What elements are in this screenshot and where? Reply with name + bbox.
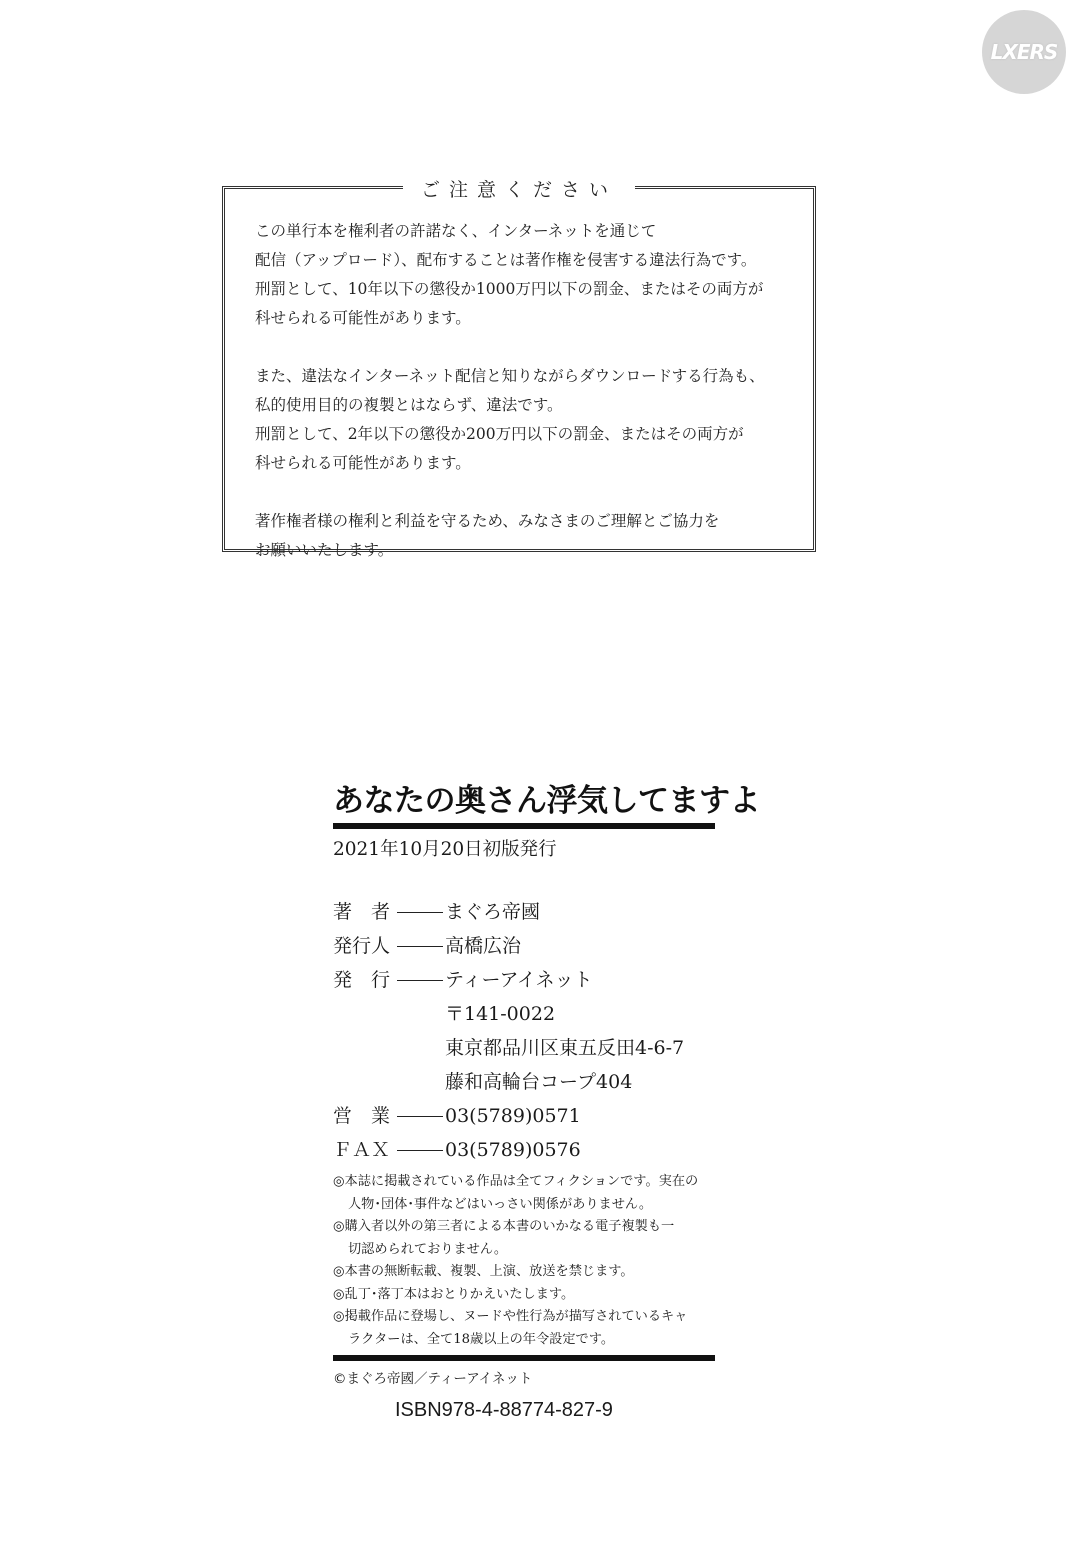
edition-date: 2021年10月20日初版発行 xyxy=(333,835,715,861)
credit-value: ティーアイネット xyxy=(445,963,593,997)
legal-note: ◎本誌に掲載されている作品は全てフィクションです。実在の xyxy=(333,1171,715,1194)
dash-divider xyxy=(395,895,445,929)
address-building: 藤和高輪台コープ404 xyxy=(445,1065,632,1099)
dash-divider xyxy=(395,929,445,963)
credit-value: 高橋広治 xyxy=(445,929,521,963)
legal-note-cont: 切認められておりません。 xyxy=(333,1239,715,1262)
legal-note: ◎乱丁･落丁本はおとりかえいたします。 xyxy=(333,1284,715,1307)
credit-label: 発 行 xyxy=(333,963,395,997)
notice-title-wrap: ご注意ください xyxy=(225,175,813,202)
indent xyxy=(333,1031,445,1065)
address-line-1: 東京都品川区東五反田4-6-7 xyxy=(333,1031,715,1065)
credit-label: 発行人 xyxy=(333,929,395,963)
legal-note-cont: 人物･団体･事件などはいっさい関係がありません。 xyxy=(333,1194,715,1217)
credit-label: 営 業 xyxy=(333,1099,395,1133)
notice-line: 配信（アップロード）、配布することは著作権を侵害する違法行為です。 xyxy=(255,246,803,275)
legal-note: ◎本書の無断転載、複製、上演、放送を禁じます。 xyxy=(333,1261,715,1284)
credits-list: 著 者まぐろ帝國 発行人高橋広治 発 行ティーアイネット 〒141-0022 東… xyxy=(333,895,715,1167)
dash-divider xyxy=(395,1133,445,1167)
credit-label: ＦＡＸ xyxy=(333,1133,395,1167)
notice-line: お願いいたします。 xyxy=(255,536,803,565)
divider xyxy=(333,823,715,829)
notice-line: 刑罰として、10年以下の懲役か1000万円以下の罰金、またはその両方が xyxy=(255,275,803,304)
dash-divider xyxy=(395,1099,445,1133)
postal-code: 〒141-0022 xyxy=(445,997,555,1031)
indent xyxy=(333,1065,445,1099)
credit-label: 著 者 xyxy=(333,895,395,929)
dash-divider xyxy=(395,963,445,997)
credit-row-fax: ＦＡＸ03(5789)0576 xyxy=(333,1133,715,1167)
notice-line: 科せられる可能性があります。 xyxy=(255,449,803,478)
divider xyxy=(333,1355,715,1361)
notice-body: この単行本を権利者の許諾なく、インターネットを通じて 配信（アップロード）、配布… xyxy=(255,217,803,594)
legal-note: ◎掲載作品に登場し、ヌードや性行為が描写されているキャ xyxy=(333,1306,715,1329)
legal-note-cont: ラクターは、全て18歳以上の年令設定です。 xyxy=(333,1329,715,1352)
watermark-text: LXERS xyxy=(991,40,1058,64)
notice-line: また、違法なインターネット配信と知りながらダウンロードする行為も、 xyxy=(255,362,803,391)
notice-line: 刑罰として、2年以下の懲役か200万円以下の罰金、またはその両方が xyxy=(255,420,803,449)
notice-paragraph: 著作権者様の権利と利益を守るため、みなさまのご理解とご協力を お願いいたします。 xyxy=(255,507,803,565)
isbn: ISBN978-4-88774-827-9 xyxy=(333,1399,715,1422)
credit-row-publisher-person: 発行人高橋広治 xyxy=(333,929,715,963)
notice-paragraph: この単行本を権利者の許諾なく、インターネットを通じて 配信（アップロード）、配布… xyxy=(255,217,803,333)
watermark-logo-icon: LXERS xyxy=(982,10,1066,94)
notice-title: ご注意ください xyxy=(403,179,635,201)
credit-row-publisher: 発 行ティーアイネット xyxy=(333,963,715,997)
address-postal: 〒141-0022 xyxy=(333,997,715,1031)
credit-row-sales: 営 業03(5789)0571 xyxy=(333,1099,715,1133)
notice-line: この単行本を権利者の許諾なく、インターネットを通じて xyxy=(255,217,803,246)
notice-line: 著作権者様の権利と利益を守るため、みなさまのご理解とご協力を xyxy=(255,507,803,536)
legal-note: ◎購入者以外の第三者による本書のいかなる電子複製も一 xyxy=(333,1216,715,1239)
indent xyxy=(333,997,445,1031)
fax-number: 03(5789)0576 xyxy=(445,1133,581,1167)
credit-row-author: 著 者まぐろ帝國 xyxy=(333,895,715,929)
address-street: 東京都品川区東五反田4-6-7 xyxy=(445,1031,684,1065)
notice-line: 私的使用目的の複製とはならず、違法です。 xyxy=(255,391,803,420)
credit-value: まぐろ帝國 xyxy=(445,895,540,929)
address-line-2: 藤和高輪台コープ404 xyxy=(333,1065,715,1099)
colophon: あなたの奥さん浮気してますよ 2021年10月20日初版発行 著 者まぐろ帝國 … xyxy=(333,775,715,1422)
copyright-notice-box: ご注意ください この単行本を権利者の許諾なく、インターネットを通じて 配信（アッ… xyxy=(222,186,816,552)
notice-paragraph: また、違法なインターネット配信と知りながらダウンロードする行為も、 私的使用目的… xyxy=(255,362,803,478)
copyright-line: ©まぐろ帝國／ティーアイネット xyxy=(333,1367,715,1387)
sales-phone: 03(5789)0571 xyxy=(445,1099,581,1133)
book-title: あなたの奥さん浮気してますよ xyxy=(333,775,715,823)
notice-line: 科せられる可能性があります。 xyxy=(255,304,803,333)
legal-notes: ◎本誌に掲載されている作品は全てフィクションです。実在の 人物･団体･事件などは… xyxy=(333,1171,715,1351)
